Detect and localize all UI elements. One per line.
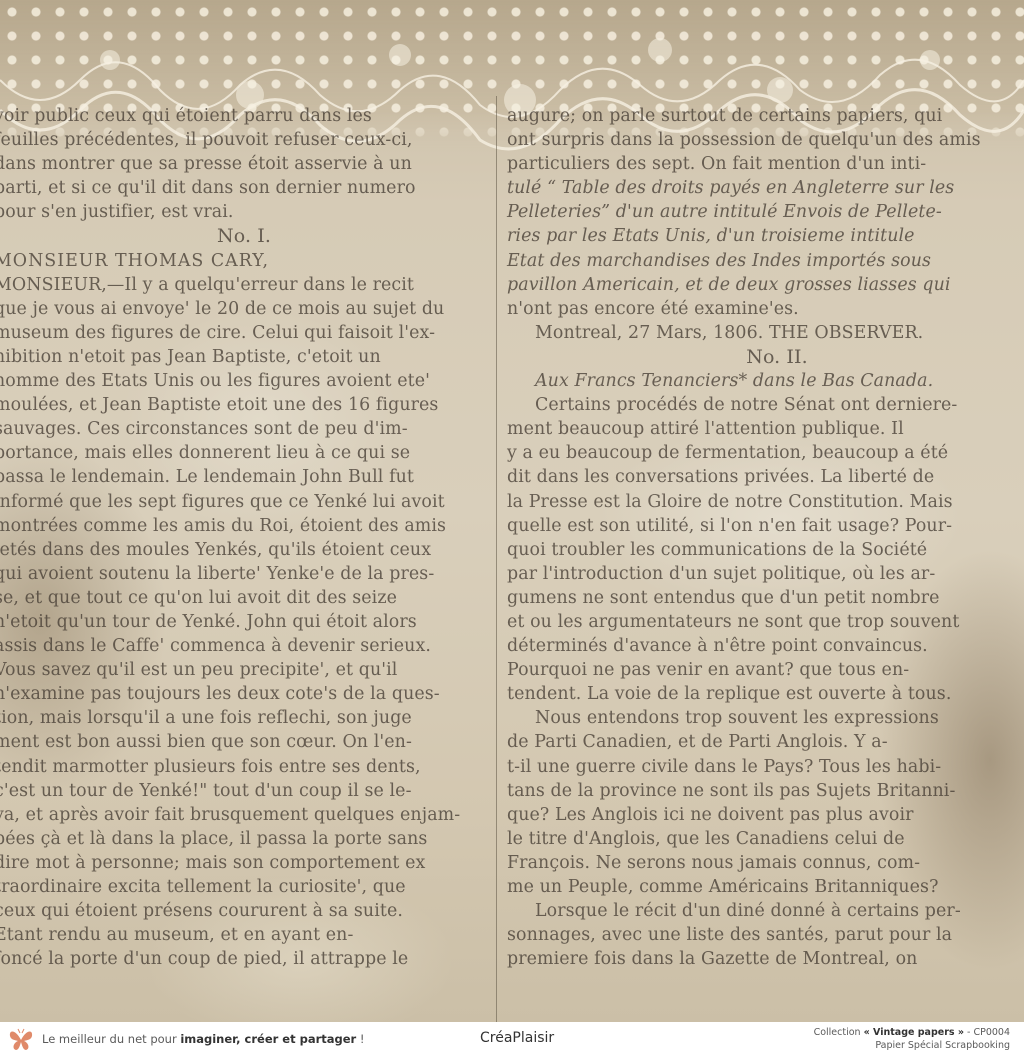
tagline-prefix: Le meilleur du net pour <box>42 1032 180 1046</box>
text-line: montrées comme les amis du Roi, étoient … <box>0 514 494 538</box>
text-line: va, et après avoir fait brusquement quel… <box>0 803 494 827</box>
text-line: me un Peuple, comme Américains Britanniq… <box>507 875 1024 899</box>
brand-name: CréaPlaisir <box>480 1030 554 1046</box>
text-line: portance, mais elles donnerent lieu à ce… <box>0 441 494 465</box>
text-line: tion, mais lorsqu'il a une fois reflechi… <box>0 706 494 730</box>
text-line: voir public ceux qui étoient parru dans … <box>0 104 494 128</box>
text-line: No. II. <box>507 345 1024 369</box>
text-line: ries par les Etats Unis, d'un troisieme … <box>507 224 1024 248</box>
text-line: que je vous ai envoye' le 20 de ce mois … <box>0 297 494 321</box>
collection-subtitle: Papier Spécial Scrapbooking <box>814 1039 1010 1052</box>
text-line: feuilles précédentes, il pouvoit refuser… <box>0 128 494 152</box>
text-line: n'examine pas toujours les deux cote's d… <box>0 682 494 706</box>
text-line: moulées, et Jean Baptiste etoit une des … <box>0 393 494 417</box>
butterfly-icon <box>8 1028 34 1052</box>
text-line: déterminés d'avance à n'être point conva… <box>507 634 1024 658</box>
text-line: se, et que tout ce qu'on lui avoit dit d… <box>0 586 494 610</box>
text-line: dire mot à personne; mais son comporteme… <box>0 851 494 875</box>
text-line: MONSIEUR THOMAS CARY, <box>0 249 494 273</box>
tagline-suffix: ! <box>356 1032 364 1046</box>
text-line: dans montrer que sa presse étoit asservi… <box>0 152 494 176</box>
text-line: que? Les Anglois ici ne doivent pas plus… <box>507 803 1024 827</box>
text-line: Montreal, 27 Mars, 1806. THE OBSERVER. <box>507 321 1024 345</box>
text-line: Lorsque le récit d'un diné donné à certa… <box>507 899 1024 923</box>
text-line: par l'introduction d'un sujet politique,… <box>507 562 1024 586</box>
text-line: dit dans les conversations privées. La l… <box>507 465 1024 489</box>
text-line: museum des figures de cire. Celui qui fa… <box>0 321 494 345</box>
text-line: informé que les sept figures que ce Yenk… <box>0 490 494 514</box>
text-line: ceux qui étoient présens coururent à sa … <box>0 899 494 923</box>
text-line: qui avoient soutenu la liberte' Yenke'e … <box>0 562 494 586</box>
text-line: n'etoit qu'un tour de Yenké. John qui ét… <box>0 610 494 634</box>
text-line: No. I. <box>0 224 494 248</box>
text-line: jetés dans des moules Yenkés, qu'ils éto… <box>0 538 494 562</box>
text-line: Vous savez qu'il est un peu precipite', … <box>0 658 494 682</box>
text-line: foncé la porte d'un coup de pied, il att… <box>0 947 494 971</box>
text-line: Aux Francs Tenanciers* dans le Bas Canad… <box>507 369 1024 393</box>
collection-info: Collection « Vintage papers » - CP0004 P… <box>814 1026 1010 1052</box>
text-line: le titre d'Anglois, que les Canadiens ce… <box>507 827 1024 851</box>
text-line: bées çà et là dans la place, il passa la… <box>0 827 494 851</box>
text-line: quelle est son utilité, si l'on n'en fai… <box>507 514 1024 538</box>
text-line: la Presse est la Gloire de notre Constit… <box>507 490 1024 514</box>
text-line: MONSIEUR,—Il y a quelqu'erreur dans le r… <box>0 273 494 297</box>
left-text-column: voir public ceux qui étoient parru dans … <box>0 104 494 971</box>
text-line: ment est bon aussi bien que son cœur. On… <box>0 730 494 754</box>
text-line: tans de la province ne sont ils pas Suje… <box>507 779 1024 803</box>
text-line: homme des Etats Unis ou les figures avoi… <box>0 369 494 393</box>
text-line: tulé “ Table des droits payés en Anglete… <box>507 176 1024 200</box>
text-line: François. Ne serons nous jamais connus, … <box>507 851 1024 875</box>
text-line: passa le lendemain. Le lendemain John Bu… <box>0 465 494 489</box>
text-line: tendit marmotter plusieurs fois entre se… <box>0 755 494 779</box>
text-line: sonnages, avec une liste des santés, par… <box>507 923 1024 947</box>
footer-tagline: Le meilleur du net pour imaginer, créer … <box>42 1032 364 1046</box>
right-text-column: augure; on parle surtout de certains pap… <box>507 104 1024 971</box>
text-line: premiere fois dans la Gazette de Montrea… <box>507 947 1024 971</box>
text-line: particuliers des sept. On fait mention d… <box>507 152 1024 176</box>
text-line: pour s'en justifier, est vrai. <box>0 200 494 224</box>
footer-bar: Le meilleur du net pour imaginer, créer … <box>0 1022 1024 1058</box>
text-line: assis dans le Caffe' commenca à devenir … <box>0 634 494 658</box>
text-line: Etat des marchandises des Indes importés… <box>507 249 1024 273</box>
text-line: sauvages. Ces circonstances sont de peu … <box>0 417 494 441</box>
text-line: quoi troubler les communications de la S… <box>507 538 1024 562</box>
text-line: Nous entendons trop souvent les expressi… <box>507 706 1024 730</box>
column-divider <box>496 96 497 1022</box>
text-line: hibition n'etoit pas Jean Baptiste, c'et… <box>0 345 494 369</box>
text-line: et ou les argumentateurs ne sont que tro… <box>507 610 1024 634</box>
text-line: traordinaire excita tellement la curiosi… <box>0 875 494 899</box>
text-line: Certains procédés de notre Sénat ont der… <box>507 393 1024 417</box>
collection-name: « Vintage papers » <box>864 1027 964 1038</box>
text-line: gumens ne sont entendus que d'un petit n… <box>507 586 1024 610</box>
collection-prefix: Collection <box>814 1027 864 1038</box>
text-line: Pourquoi ne pas venir en avant? que tous… <box>507 658 1024 682</box>
text-line: augure; on parle surtout de certains pap… <box>507 104 1024 128</box>
text-line: tendent. La voie de la replique est ouve… <box>507 682 1024 706</box>
text-line: y a eu beaucoup de fermentation, beaucou… <box>507 441 1024 465</box>
text-line: ont surpris dans la possession de quelqu… <box>507 128 1024 152</box>
tagline-bold: imaginer, créer et partager <box>180 1032 356 1046</box>
text-line: parti, et si ce qu'il dit dans son derni… <box>0 176 494 200</box>
text-line: c'est un tour de Yenké!" tout d'un coup … <box>0 779 494 803</box>
vintage-paper-background: voir public ceux qui étoient parru dans … <box>0 0 1024 1022</box>
text-line: Etant rendu au museum, et en ayant en- <box>0 923 494 947</box>
text-line: pavillon Americain, et de deux grosses l… <box>507 273 1024 297</box>
collection-code: - CP0004 <box>964 1027 1010 1038</box>
text-line: de Parti Canadien, et de Parti Anglois. … <box>507 730 1024 754</box>
text-line: n'ont pas encore été examine'es. <box>507 297 1024 321</box>
text-line: t-il une guerre civile dans le Pays? Tou… <box>507 755 1024 779</box>
text-line: ment beaucoup attiré l'attention publiqu… <box>507 417 1024 441</box>
text-line: Pelleteries” d'un autre intitulé Envois … <box>507 200 1024 224</box>
